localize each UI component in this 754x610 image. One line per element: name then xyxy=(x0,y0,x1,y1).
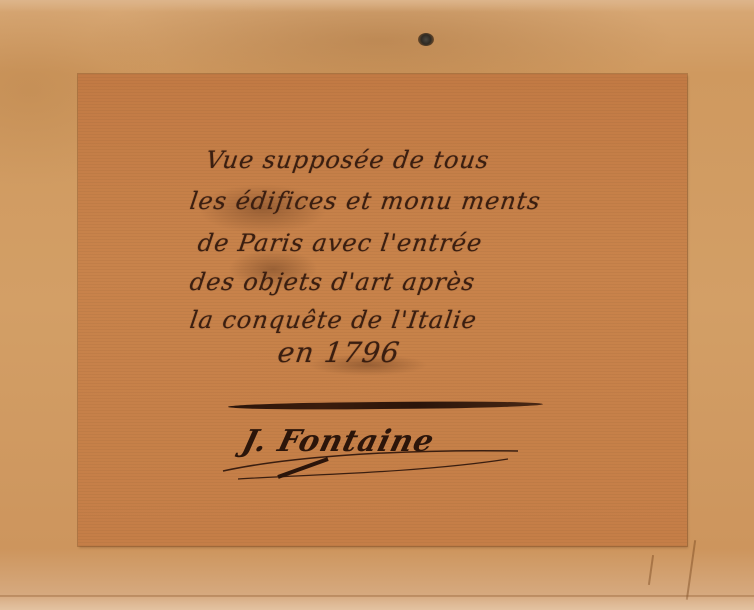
pin-hole xyxy=(418,33,434,46)
handwritten-paper: Vue supposée de tous les édifices et mon… xyxy=(78,74,687,546)
text-line-5: la conquête de l'Italie xyxy=(188,306,479,334)
text-line-4: des objets d'art après xyxy=(188,268,477,296)
crease-mark xyxy=(686,540,696,600)
text-line-date: en 1796 xyxy=(276,336,402,369)
mount-bottom-edge xyxy=(0,596,754,610)
signature: J. Fontaine xyxy=(239,424,439,459)
text-line-1: Vue supposée de tous xyxy=(204,146,491,174)
crease-mark xyxy=(648,555,654,585)
text-line-3: de Paris avec l'entrée xyxy=(196,229,484,257)
mount-board: Vue supposée de tous les édifices et mon… xyxy=(0,0,754,610)
mount-top-edge xyxy=(0,0,754,12)
text-line-2: les édifices et monu ments xyxy=(188,187,543,215)
